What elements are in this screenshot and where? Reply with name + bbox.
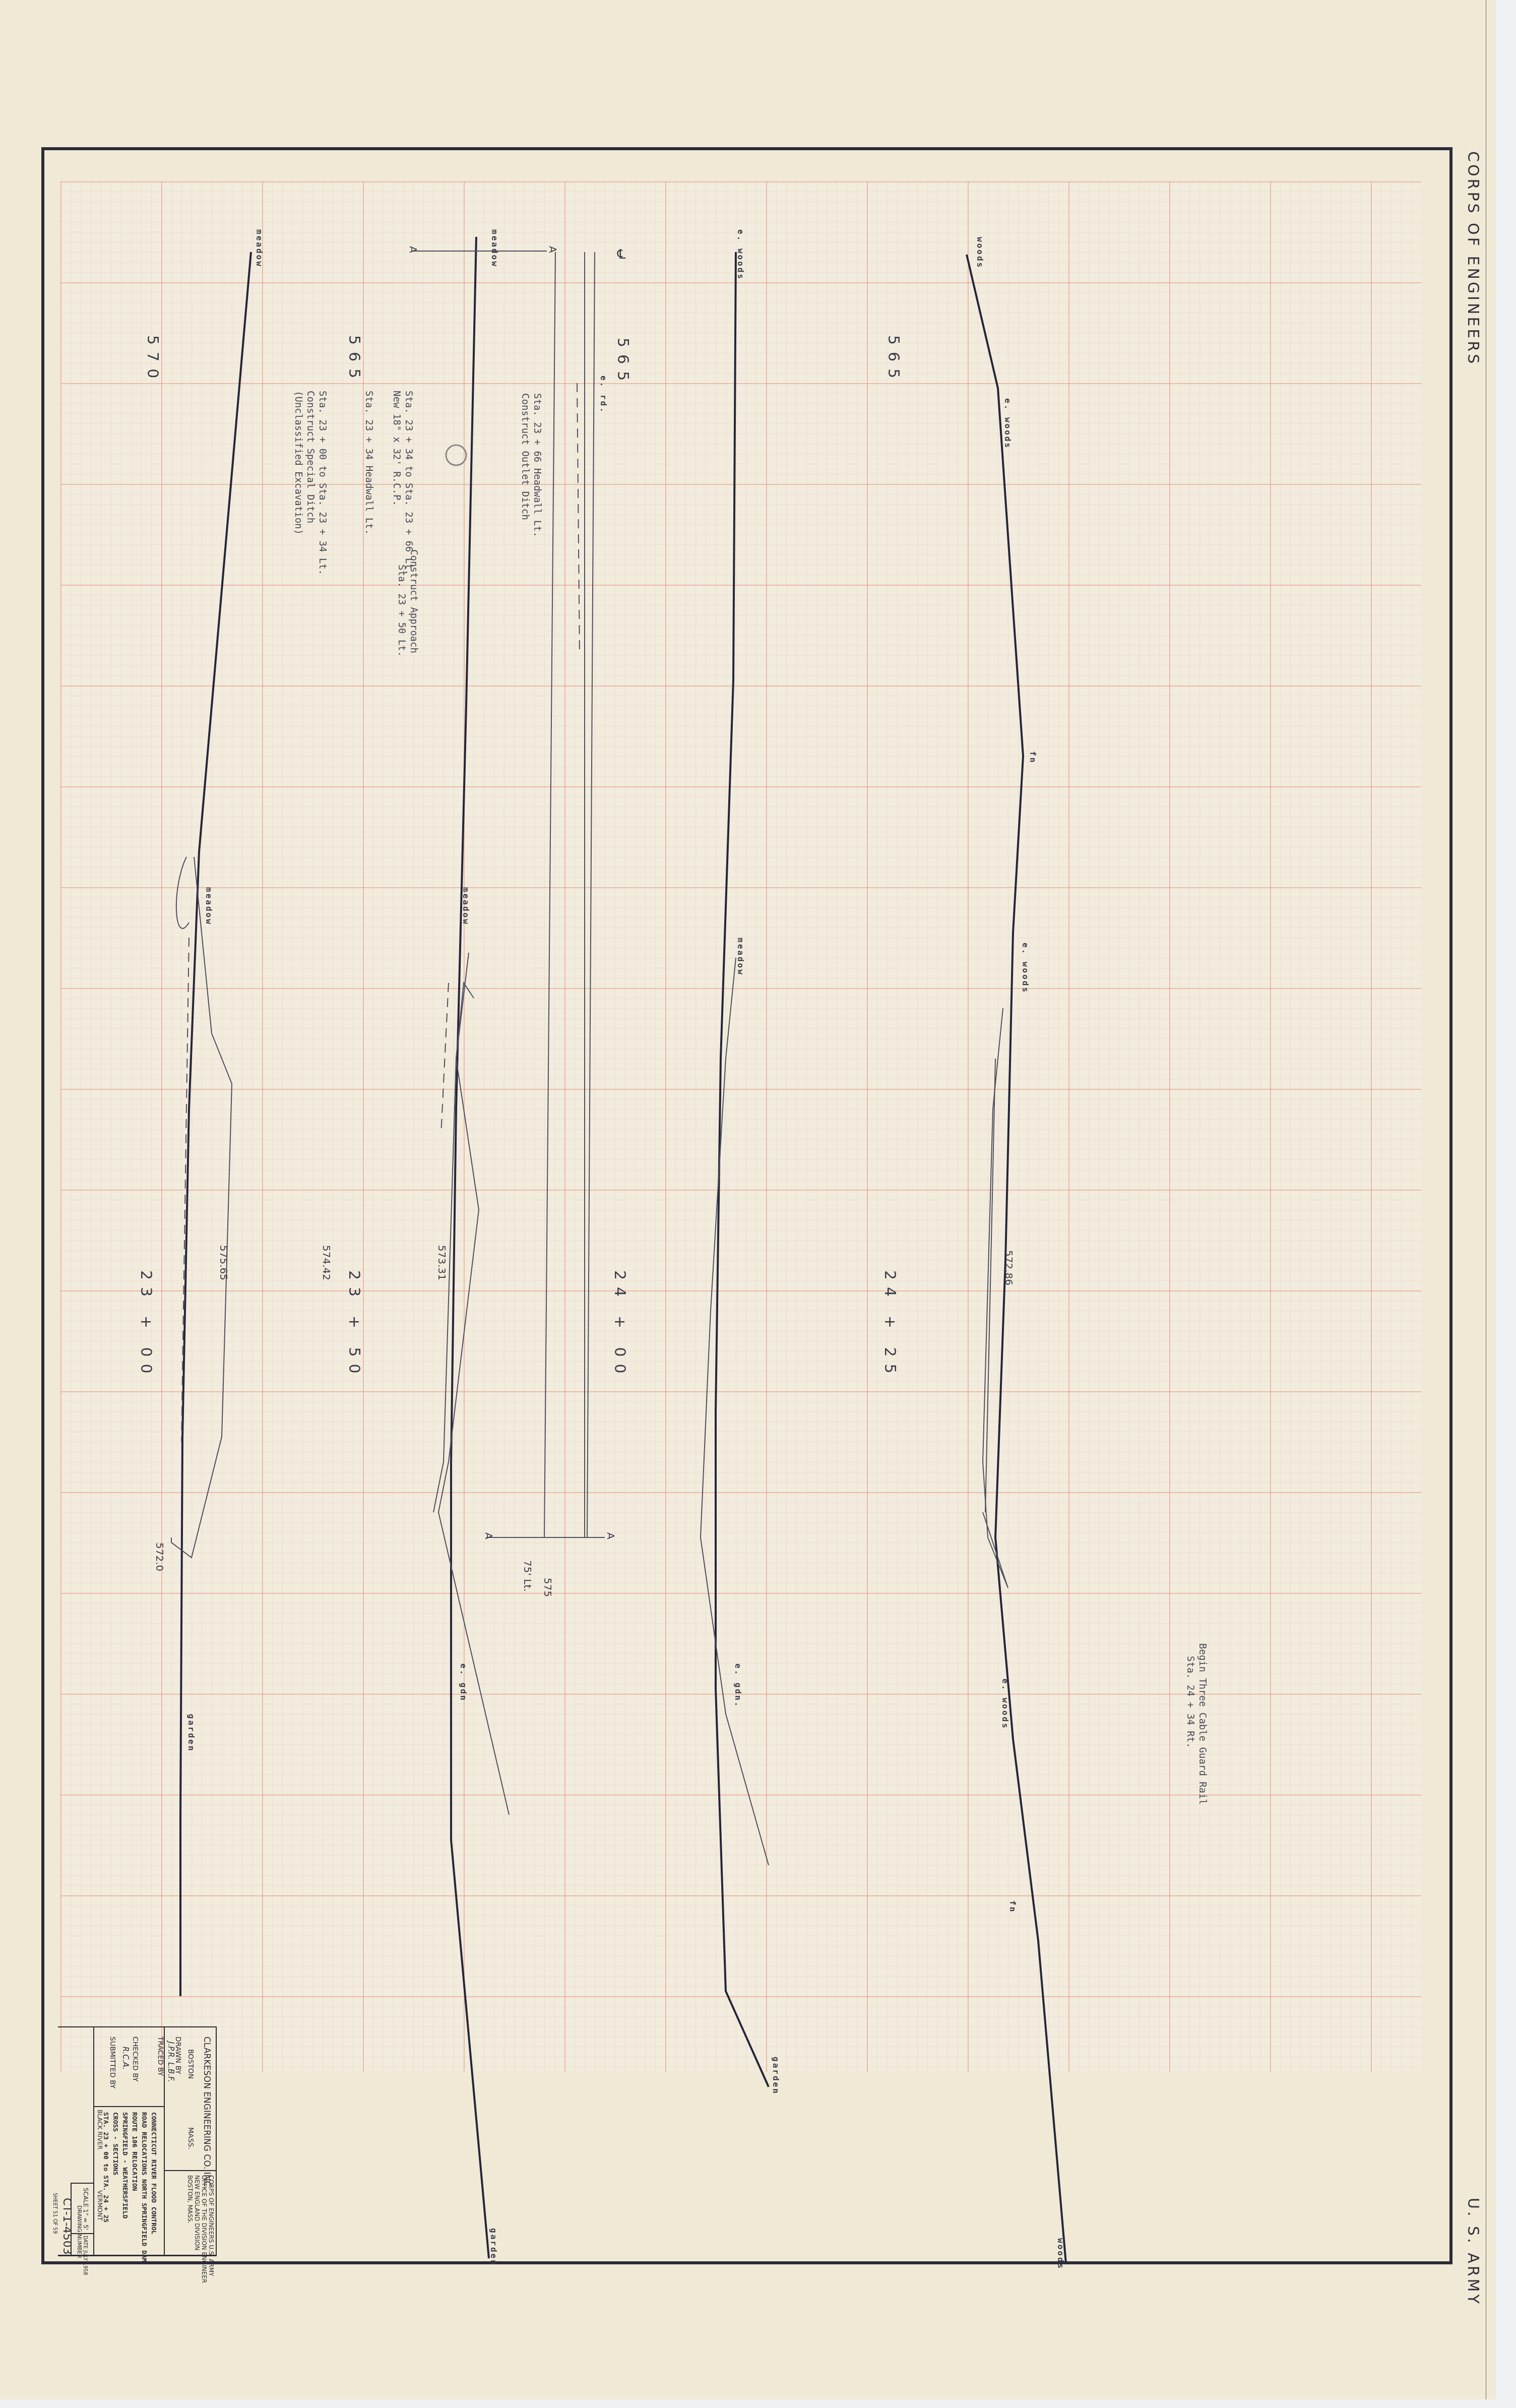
label-woods: woods: [1056, 2238, 1065, 2270]
label-garden: garden: [186, 1714, 196, 1752]
date-label: DATE JULY 1958: [82, 2236, 88, 2275]
station-label-23-00: 23 + 00: [137, 1270, 155, 1381]
sheet-number: SHEET 51 OF 59: [52, 2193, 57, 2234]
label-meadow: meadow: [204, 887, 214, 925]
submitted-by-label: SUBMITTED BY: [108, 2036, 116, 2088]
ground-line-24-00: [716, 252, 769, 2087]
section-mark-a: A: [547, 246, 559, 253]
grade-elevation: 574.42: [321, 1245, 333, 1280]
elevation-575: 575: [542, 1578, 554, 1597]
note-headwall-outlet-ditch: Sta. 23 + 66 Headwall Lt. Construct Outl…: [519, 393, 543, 537]
firm-city: BOSTON: [186, 2049, 195, 2079]
drawing-sheet: CORPS OF ENGINEERS U. S. ARMY: [0, 0, 1496, 2399]
firm-state: MASS.: [186, 2127, 195, 2149]
note-rcp: Sta. 23 + 34 to Sta. 23 + 66 Lt. New 18"…: [391, 391, 415, 575]
offset-label: 75' Lt.: [522, 1560, 534, 1592]
label-meadow: meadow: [461, 887, 471, 925]
scale-label: SCALE 1" = 5': [82, 2188, 89, 2230]
elevation-label: 565: [345, 335, 363, 385]
label-meadow: meadow: [255, 229, 264, 268]
label-e-woods: e. woods: [1000, 1679, 1010, 1730]
grade-elevation: 572.86: [1003, 1250, 1015, 1285]
grade-elevation: 573.31: [436, 1245, 448, 1280]
note-special-ditch: Sta. 23 + 00 to Sta. 23 + 34 Lt. Constru…: [292, 391, 329, 575]
river-name: BLACK RIVER: [96, 2110, 103, 2149]
centerline-symbol: ℄: [614, 247, 629, 262]
label-fn: fn: [1008, 1900, 1018, 1913]
label-e-rd: e. rd.: [599, 376, 608, 414]
cross-section-linework: [0, 0, 1496, 2399]
traced-by-label: TRACED BY: [156, 2036, 164, 2076]
label-e-woods: e. woods: [1003, 398, 1013, 449]
ground-line-24-25: [967, 255, 1066, 2263]
drawing-number: CT-1-4503: [60, 2198, 73, 2255]
checked-by: R.C.A.: [121, 2047, 130, 2070]
agency-block: CORPS OF ENGINEERS U.S. ARMY OFFICE OF T…: [186, 2175, 215, 2283]
drawn-by: J.P.R. L.B.F.: [166, 2042, 175, 2082]
section-mark-a: A: [605, 1532, 617, 1539]
elevation-label: 570: [144, 335, 161, 385]
drawing-number-label: DRAWING NUMBER: [76, 2205, 83, 2258]
title-block: CLARKESON ENGINEERING CO.,INC. BOSTON MA…: [58, 2026, 217, 2256]
label-e-woods: e. woods: [1021, 943, 1030, 994]
label-meadow: meadow: [736, 938, 745, 976]
ground-line-23-50: [451, 237, 489, 2258]
station-label-24-00: 24 + 00: [611, 1270, 628, 1381]
section-mark-a: A: [407, 246, 419, 253]
state-name: VERMONT: [96, 2190, 103, 2220]
elevation-label: 565: [614, 338, 631, 388]
grade-elevation: 575.65: [218, 1245, 230, 1280]
label-garden: garden: [771, 2057, 781, 2095]
label-e-woods: e. woods: [736, 229, 745, 280]
label-e-gdn: e. gdn: [459, 1663, 468, 1702]
section-mark-a: A: [483, 1532, 495, 1539]
note-construct-approach: Construct Approach Sta. 23 + 50 Lt.: [396, 549, 420, 657]
label-meadow: meadow: [490, 229, 499, 268]
label-fn: fn: [1028, 751, 1038, 764]
label-garden: garden: [489, 2228, 498, 2266]
note-guard-rail: Begin Three Cable Guard Rail Sta. 24 + 3…: [1184, 1643, 1209, 1805]
project-title: CONNECTICUT RIVER FLOOD CONTROL ROAD REL…: [101, 2112, 158, 2262]
stamp-circle: [446, 445, 466, 465]
note-headwall-23-34: Sta. 23 + 34 Headwall Lt.: [363, 391, 375, 535]
checked-by-label: CHECKED BY: [131, 2036, 139, 2082]
station-label-24-25: 24 + 25: [881, 1270, 899, 1381]
ditch-elevation: 572.0: [154, 1542, 166, 1571]
elevation-label: 565: [885, 335, 902, 385]
firm-name: CLARKESON ENGINEERING CO.,INC.: [202, 2036, 212, 2190]
label-e-gdn: e. gdn.: [733, 1663, 743, 1708]
label-woods: woods: [975, 237, 985, 269]
station-label-23-50: 23 + 50: [345, 1270, 363, 1381]
